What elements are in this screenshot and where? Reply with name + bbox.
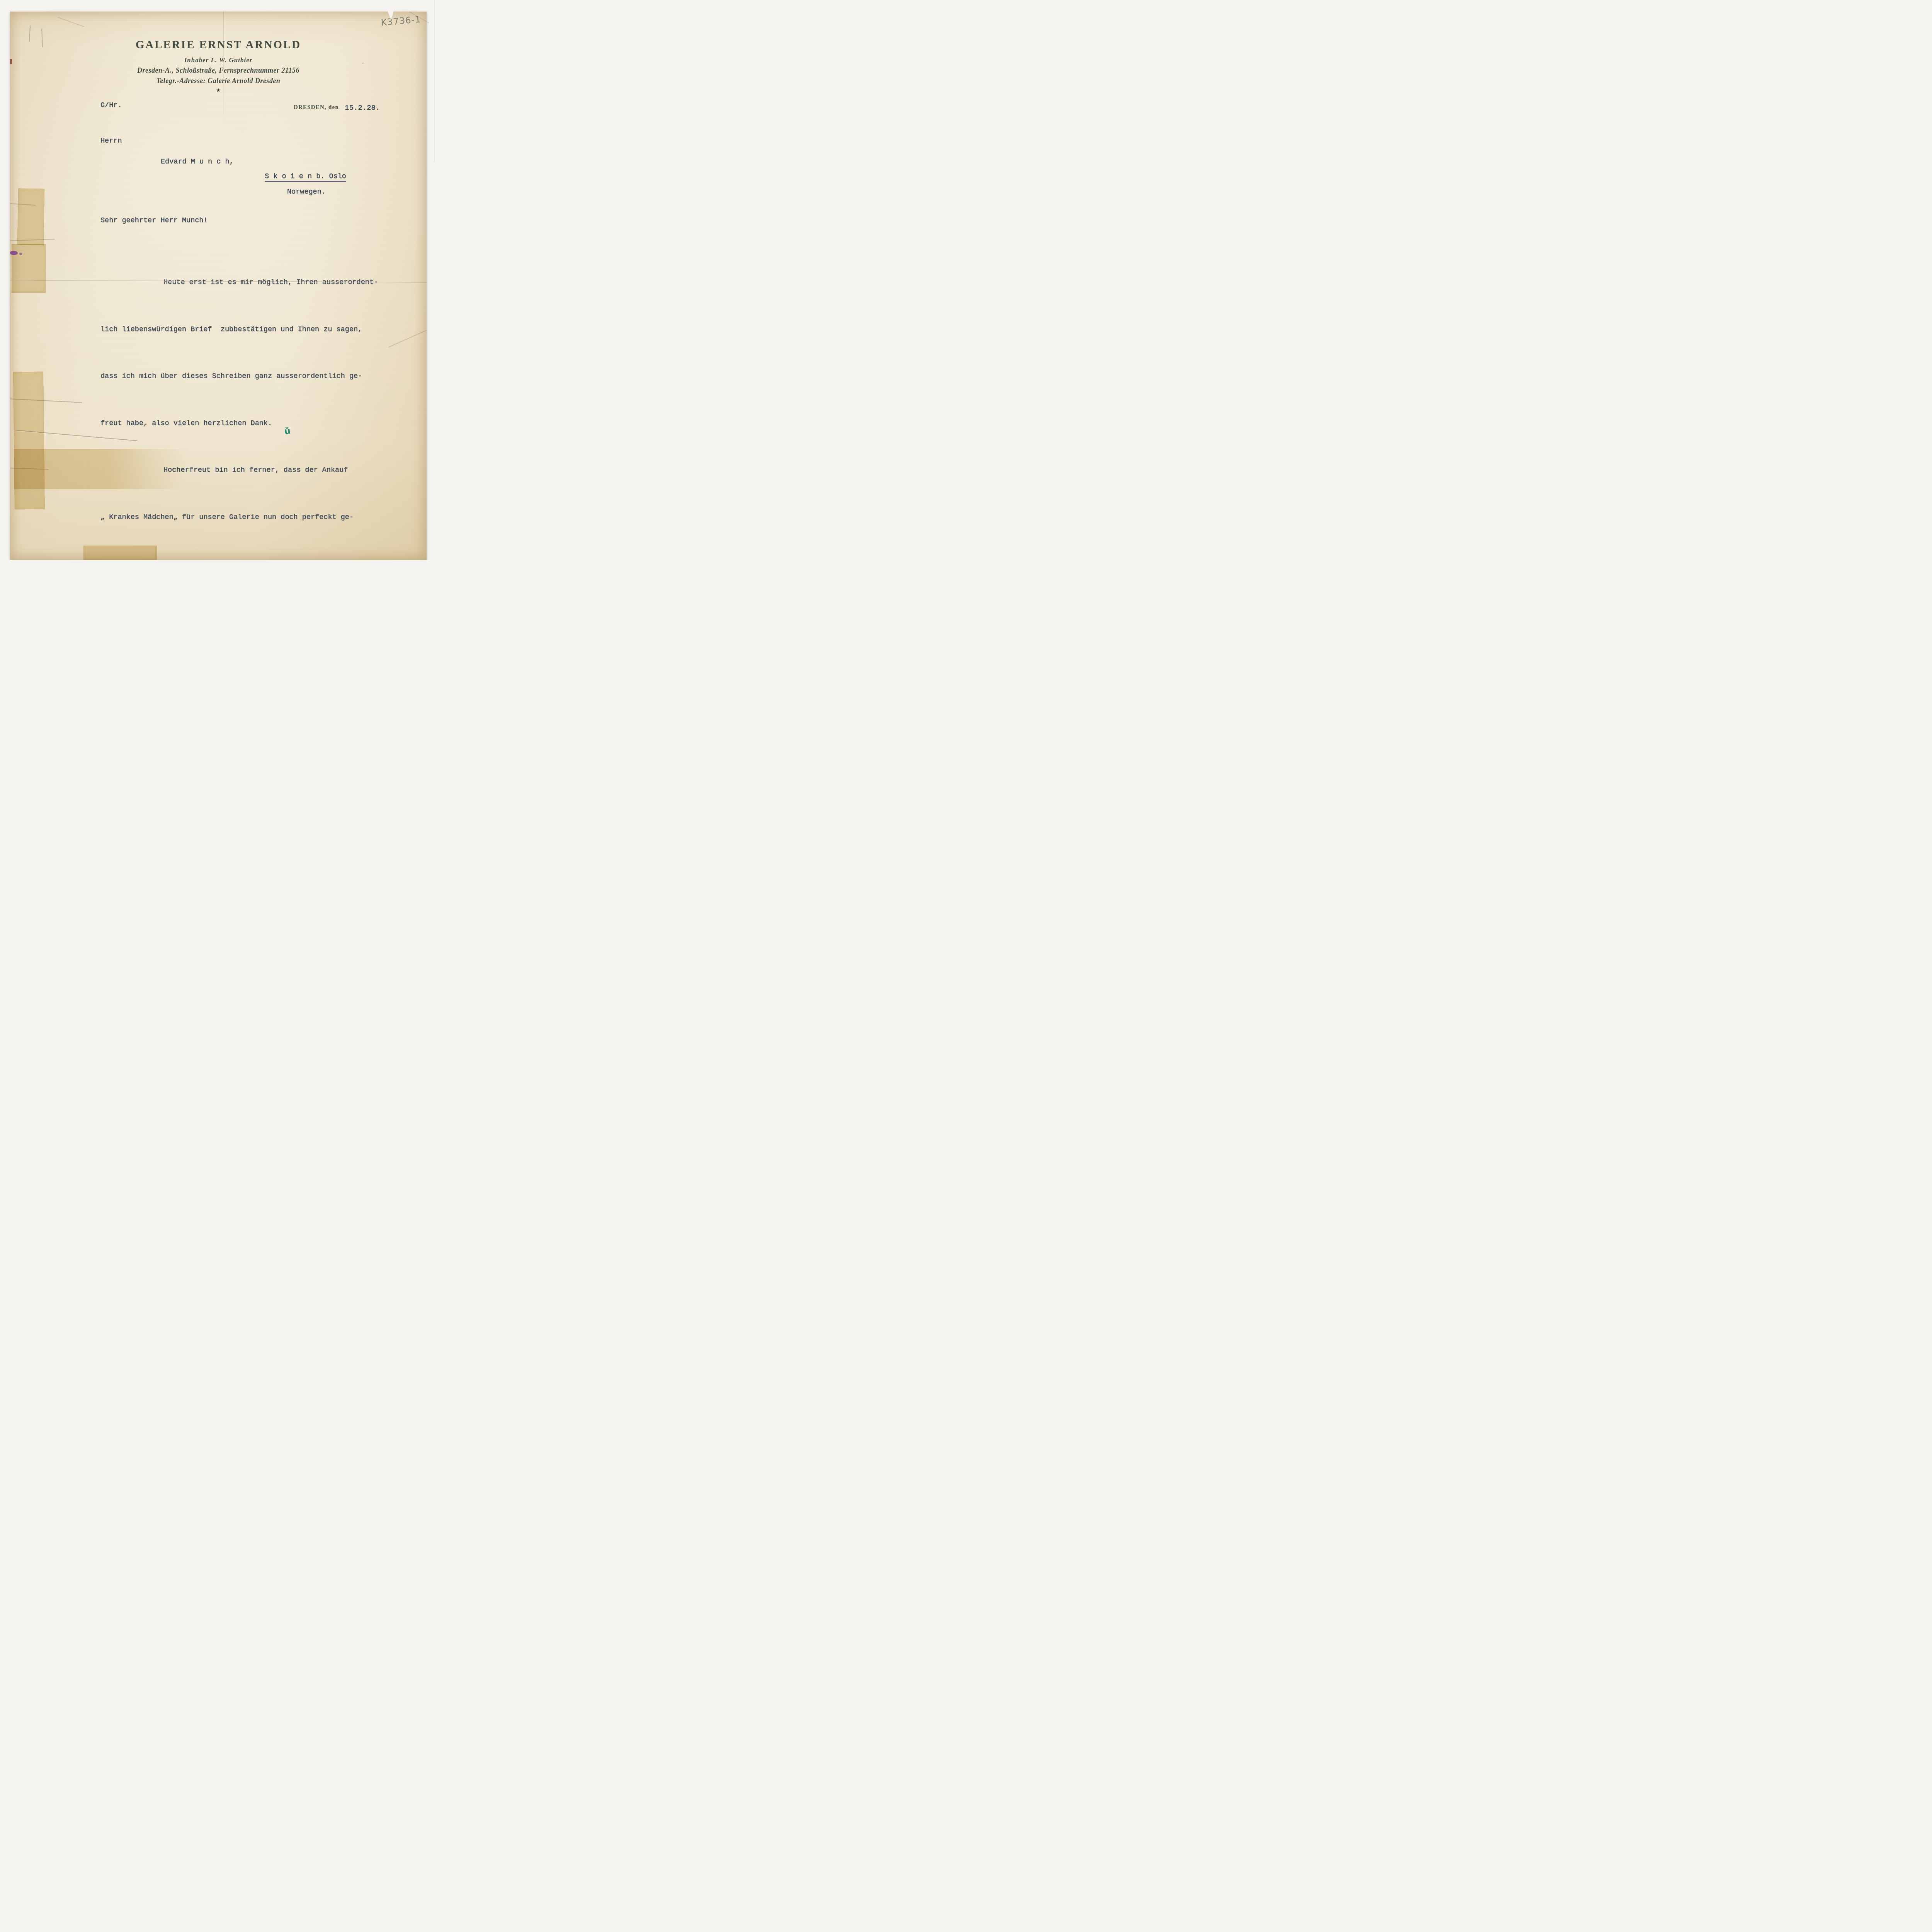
letterhead-title: GALERIE ERNST ARNOLD (10, 39, 427, 51)
letterhead-owner: Inhaber L. W. Gutbier (10, 56, 427, 64)
salutation: Sehr geehrter Herr Munch! (100, 216, 208, 224)
green-correction-mark: ǔ (284, 426, 291, 437)
typed-line: „ Krankes Mädchen„ für unsere Galerie nu… (100, 510, 378, 526)
recipient-address-text: S k o i e n b. Oslo (265, 172, 346, 182)
typed-line: freut habe, also vielen herzlichen Dank. (100, 416, 378, 432)
red-stain (10, 59, 12, 64)
tape-patch (14, 449, 185, 489)
reference-initials: G/Hr. (100, 101, 122, 109)
typed-line: Heute erst ist es mir möglich, Ihren aus… (100, 275, 378, 291)
letterhead-telegram: Telegr.-Adresse: Galerie Arnold Dresden (10, 77, 427, 85)
purple-stain (10, 251, 18, 255)
purple-stain (19, 253, 22, 255)
recipient-herrn: Herrn (100, 137, 122, 145)
dateline-date: 15.2.28. (345, 104, 380, 112)
typed-line: lich liebenswürdigen Brief zubbestätigen… (100, 322, 378, 338)
typed-line: dass ich mich über dieses Schreiben ganz… (100, 369, 378, 384)
letterhead-address: Dresden-A., Schloßstraße, Fernsprechnumm… (10, 66, 427, 75)
tape-patch (17, 188, 45, 245)
star-icon: ★ (10, 87, 427, 94)
recipient-country: Norwegen. (287, 188, 326, 196)
dateline-place: DRESDEN, den (294, 104, 339, 111)
recipient-name: Edvard M u n c h, (161, 158, 234, 166)
foxing-spot (145, 423, 147, 425)
recipient-address: S k o i e n b. Oslo (265, 172, 346, 180)
tape-patch (83, 546, 157, 560)
foxing-spot (362, 63, 364, 64)
scanned-letter: GALERIE ERNST ARNOLD Inhaber L. W. Gutbi… (0, 0, 438, 560)
letter-body: Heute erst ist es mir möglich, Ihren aus… (100, 243, 378, 560)
